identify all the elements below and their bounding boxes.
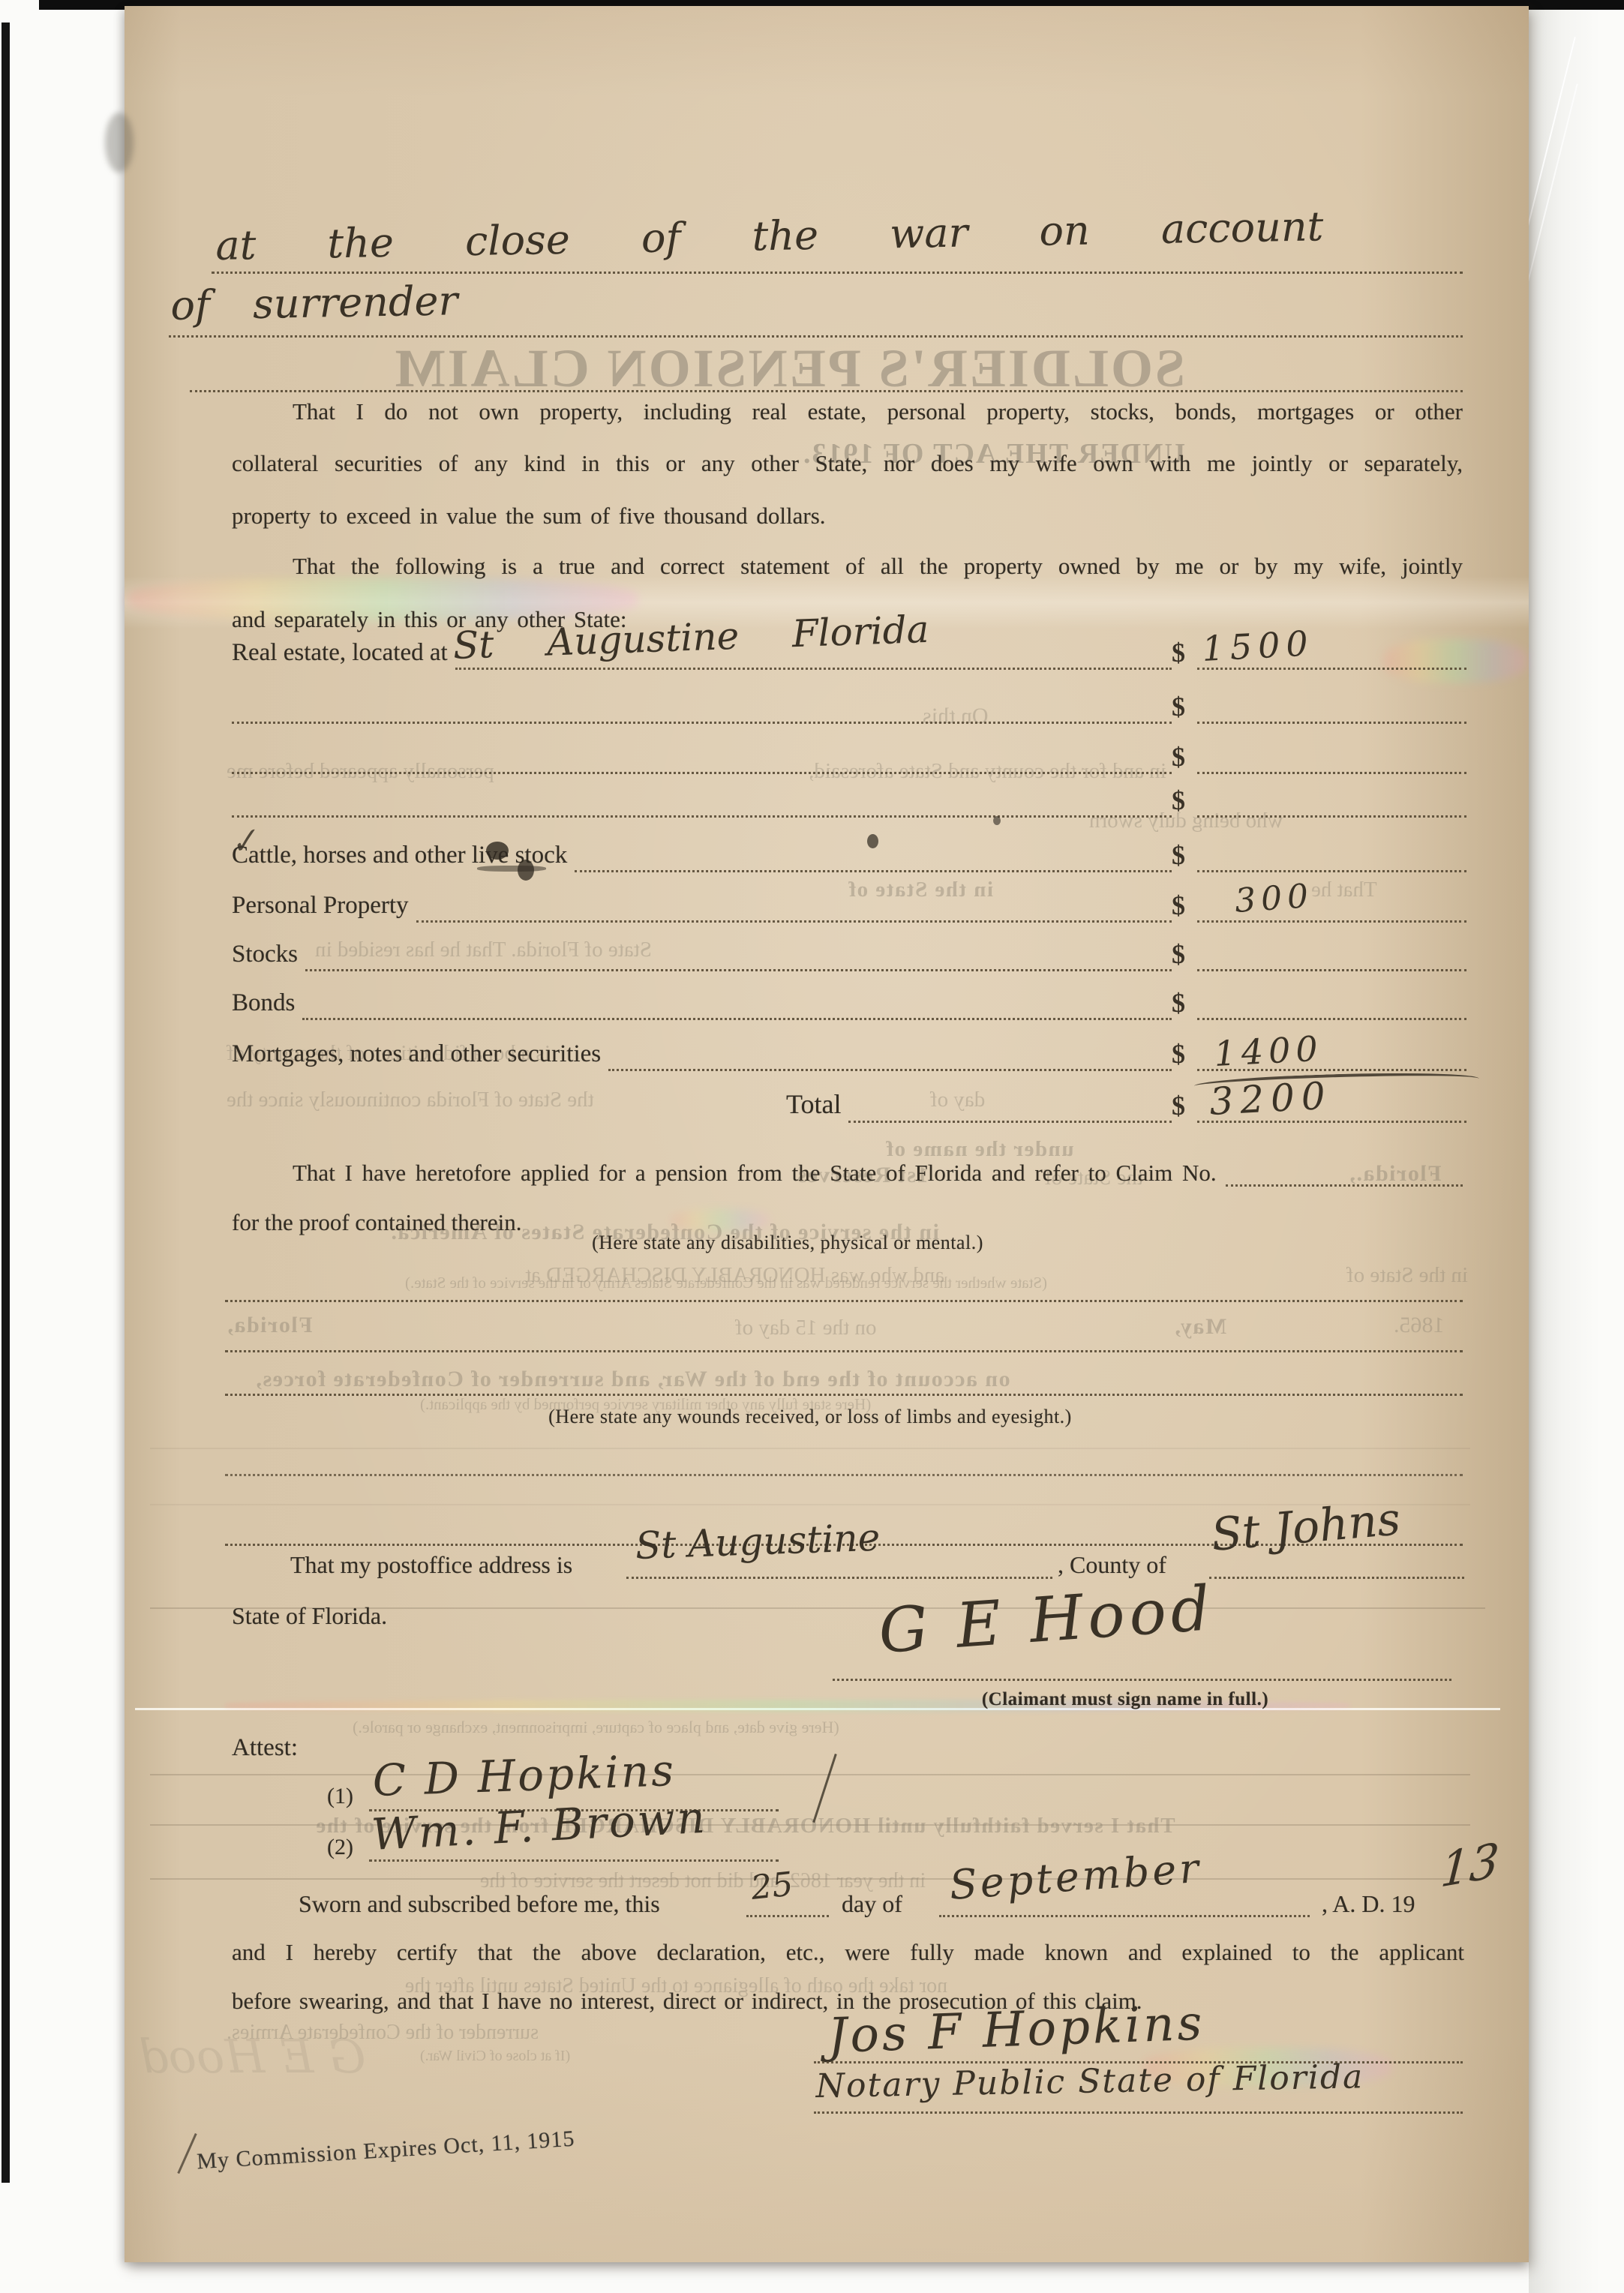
row-label: Real estate, located at bbox=[232, 639, 455, 670]
dotted-rule bbox=[1197, 815, 1466, 818]
disabilities-note: (Here state any disabilities, physical o… bbox=[443, 1232, 1133, 1254]
dotted-rule bbox=[1197, 920, 1466, 923]
bleed-fragment: on account of the end of the War, and su… bbox=[255, 1367, 1010, 1392]
dotted-rule bbox=[939, 1915, 1310, 1917]
hw-day: 25 bbox=[749, 1865, 795, 1907]
row-cattle: Cattle, horses and other live stock $ bbox=[232, 835, 1466, 872]
row-label: Mortgages, notes and other securities bbox=[232, 1040, 608, 1071]
row-label: Stocks bbox=[232, 941, 305, 971]
claimant-sign-note: (Claimant must sign name in full.) bbox=[938, 1689, 1313, 1710]
dotted-rule bbox=[575, 870, 1172, 872]
bleed-fragment: (If at close of Civil War.) bbox=[420, 2048, 570, 2065]
scanner-edge-left bbox=[2, 23, 10, 2183]
hw-city: St Augustine bbox=[635, 1516, 881, 1568]
scanned-document-canvas: SOLDIER'S PENSION CLAIM UNDER THE ACT OF… bbox=[0, 0, 1624, 2293]
sworn-mid: day of bbox=[842, 1890, 902, 1918]
row-stocks: Stocks $ bbox=[232, 934, 1466, 971]
ink-blot bbox=[993, 816, 1001, 825]
dollar-sign: $ bbox=[1172, 691, 1197, 724]
dotted-rule bbox=[225, 1350, 1463, 1352]
dotted-rule bbox=[833, 1679, 1451, 1681]
dotted-rule bbox=[232, 772, 1172, 774]
dotted-rule bbox=[814, 2111, 1463, 2114]
sworn-prefix: Sworn and subscribed before me, this bbox=[299, 1890, 660, 1918]
dotted-rule bbox=[1197, 772, 1466, 774]
dollar-sign: $ bbox=[1172, 785, 1197, 818]
claim-line1: That I have heretofore applied for a pen… bbox=[293, 1160, 1226, 1187]
address-prefix: That my postoffice address is bbox=[290, 1551, 572, 1579]
dotted-rule bbox=[225, 1300, 1463, 1302]
hw-year: 13 bbox=[1439, 1832, 1501, 1898]
ink-blot bbox=[486, 842, 509, 860]
dotted-rule bbox=[1197, 668, 1466, 670]
dotted-rule bbox=[190, 390, 1463, 392]
row-bonds: Bonds $ bbox=[232, 983, 1466, 1020]
declaration-p1-line3: property to exceed in value the sum of f… bbox=[232, 503, 826, 530]
attest-num-2: (2) bbox=[327, 1835, 353, 1860]
dotted-rule bbox=[608, 1069, 1172, 1071]
dotted-rule bbox=[302, 1018, 1172, 1020]
dotted-rule bbox=[1197, 1018, 1466, 1020]
ink-smear bbox=[477, 866, 546, 872]
row-label: Personal Property bbox=[232, 892, 416, 923]
dotted-rule bbox=[1197, 722, 1466, 724]
dotted-rule bbox=[1209, 1577, 1464, 1579]
bleed-fragment: 1865. bbox=[1394, 1313, 1445, 1338]
handwritten-line-2: of surrender bbox=[170, 277, 458, 329]
bleed-fragment: on the 15 day of bbox=[735, 1316, 876, 1340]
hw-real-estate-amount: 1500 bbox=[1201, 623, 1315, 669]
address-state: State of Florida. bbox=[232, 1602, 387, 1630]
bleed-signature: G E Hood bbox=[139, 2029, 366, 2084]
sworn-suffix: , A. D. 19 bbox=[1322, 1890, 1415, 1918]
dollar-sign: $ bbox=[1172, 890, 1197, 923]
dotted-rule bbox=[369, 1859, 779, 1862]
dotted-rule bbox=[1197, 870, 1466, 872]
dollar-sign: $ bbox=[1172, 741, 1197, 774]
row-total: Total $ bbox=[786, 1085, 1466, 1123]
dotted-rule bbox=[416, 920, 1172, 923]
dollar-sign: $ bbox=[1172, 637, 1197, 670]
bleed-fragment: and who was HONORABLY DISCHARGED at bbox=[525, 1263, 944, 1288]
hw-personal-amount: 300 bbox=[1233, 877, 1314, 920]
row-blank-1: $ bbox=[232, 686, 1466, 724]
declaration-p1-line1: That I do not own property, including re… bbox=[293, 398, 1463, 425]
plastic-sleeve bbox=[1529, 10, 1624, 2293]
dotted-rule bbox=[232, 815, 1172, 818]
dollar-sign: $ bbox=[1172, 1038, 1197, 1071]
dotted-rule bbox=[169, 335, 1463, 338]
row-blank-2: $ bbox=[232, 737, 1466, 774]
wounds-note: (Here state any wounds received, or loss… bbox=[465, 1406, 1155, 1428]
hw-mortgages-amount: 1400 bbox=[1213, 1028, 1324, 1074]
declaration-p1-line2: collateral securities of any kind in thi… bbox=[232, 450, 1463, 477]
dotted-rule bbox=[212, 272, 1463, 274]
bleed-fragment: (Here give date, and place of capture, i… bbox=[353, 1718, 839, 1737]
attest-num-1: (1) bbox=[327, 1784, 353, 1809]
certify-line1: and I hereby certify that the above decl… bbox=[232, 1939, 1464, 1966]
row-blank-3: $ bbox=[232, 780, 1466, 818]
hw-total-amount: 3200 bbox=[1208, 1074, 1333, 1124]
crease-line bbox=[150, 1774, 1470, 1775]
crease-line bbox=[150, 1448, 1470, 1449]
ink-blot bbox=[867, 834, 878, 848]
dotted-rule bbox=[225, 1394, 1463, 1396]
dotted-rule bbox=[626, 1577, 1052, 1579]
dotted-rule bbox=[746, 1915, 829, 1917]
attest-label: Attest: bbox=[232, 1734, 298, 1762]
dotted-rule bbox=[455, 668, 1172, 670]
declaration-p2-line1: That the following is a true and correct… bbox=[293, 553, 1463, 580]
dotted-rule bbox=[1197, 969, 1466, 971]
dotted-rule bbox=[232, 722, 1172, 724]
dollar-sign: $ bbox=[1172, 987, 1197, 1020]
dollar-sign: $ bbox=[1172, 839, 1197, 872]
address-county-label: , County of bbox=[1058, 1551, 1166, 1579]
bleed-fragment: Florida, bbox=[227, 1313, 313, 1338]
dollar-sign: $ bbox=[1172, 1090, 1197, 1123]
bleed-fragment: in the State of bbox=[1346, 1263, 1468, 1288]
dollar-sign: $ bbox=[1172, 938, 1197, 971]
bleed-fragment: May, bbox=[1174, 1314, 1226, 1340]
dotted-rule bbox=[848, 1121, 1172, 1123]
edge-smudge bbox=[105, 113, 134, 173]
dotted-rule bbox=[225, 1474, 1463, 1476]
bleed-fragment: the State of Florida continuously since … bbox=[227, 1088, 594, 1112]
row-label: Bonds bbox=[232, 989, 302, 1020]
row-label: Total bbox=[786, 1088, 848, 1123]
claim-line1-row: That I have heretofore applied for a pen… bbox=[293, 1155, 1463, 1187]
dotted-rule bbox=[305, 969, 1172, 971]
dotted-rule bbox=[1226, 1184, 1463, 1187]
